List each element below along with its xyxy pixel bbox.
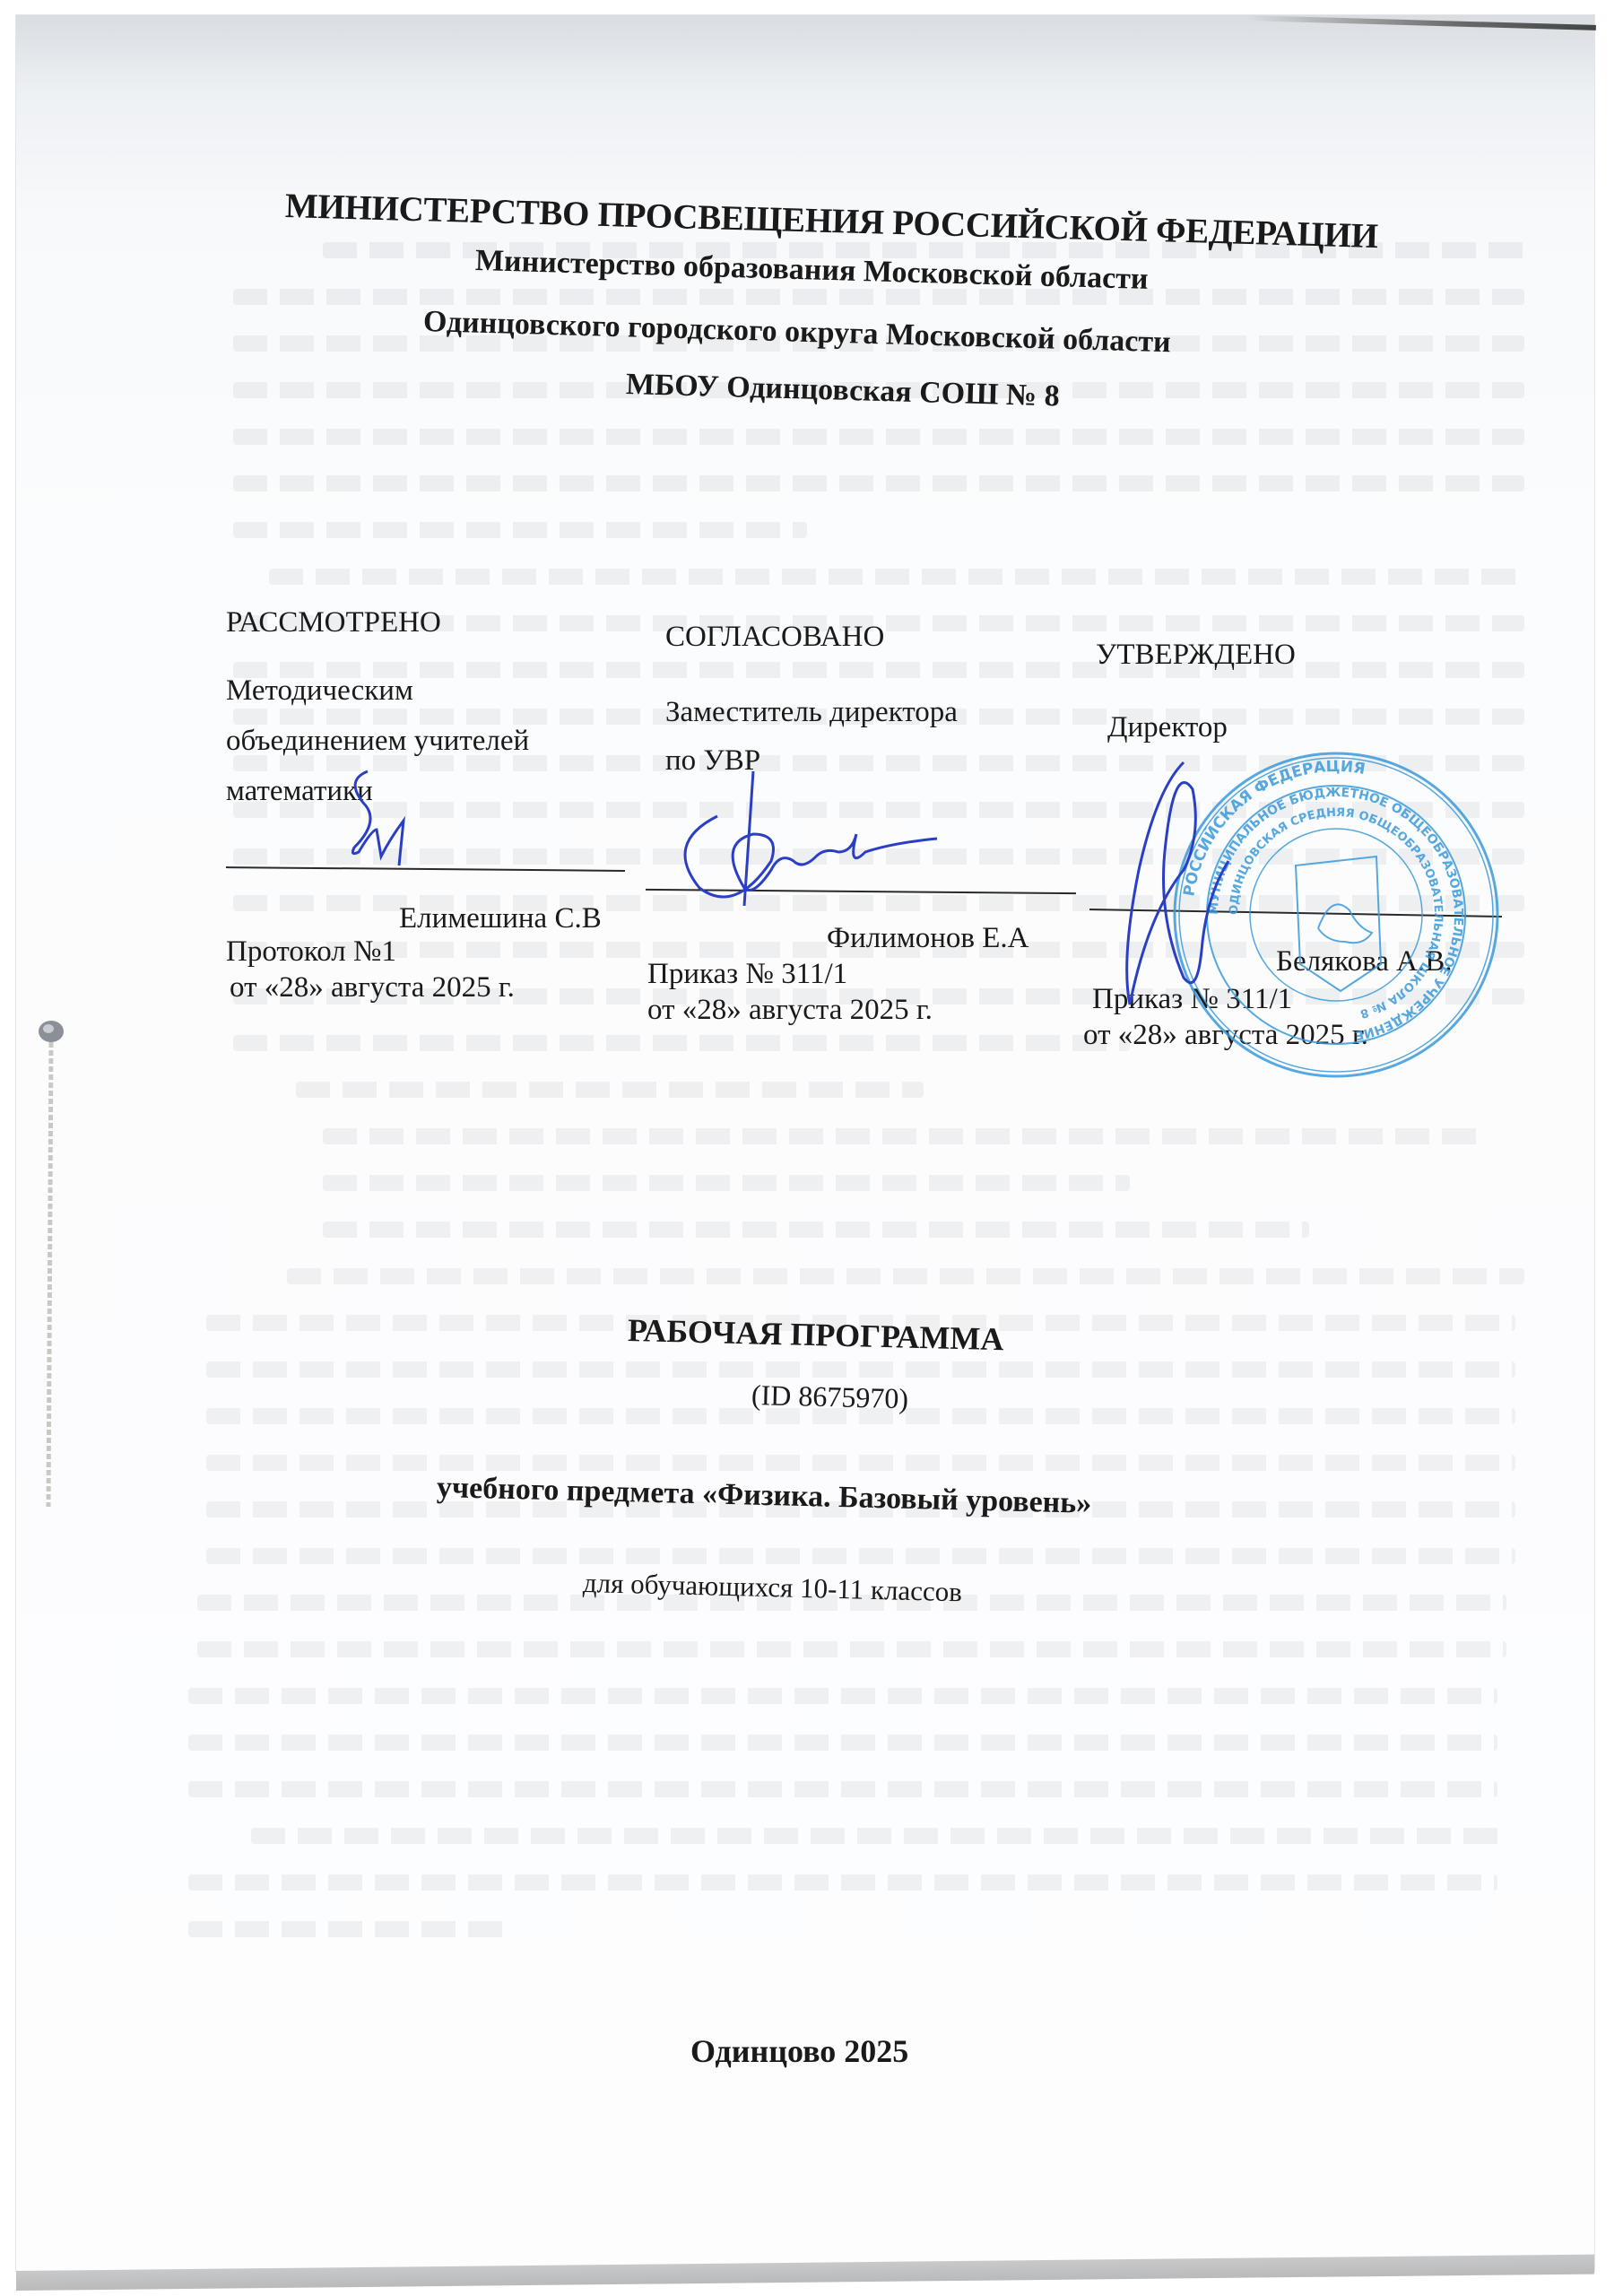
approval-signer: Елимешина С.В <box>399 895 602 942</box>
approval-status: РАССМОТРЕНО <box>226 606 441 639</box>
approval-date: от «28» августа 2025 г. <box>647 987 933 1033</box>
signature-belyakova-icon <box>1058 753 1237 1022</box>
approval-date: от «28» августа 2025 г. <box>230 964 515 1011</box>
approval-status: УТВЕРЖДЕНО <box>1096 639 1296 672</box>
approval-role-line: Заместитель директора <box>665 689 958 735</box>
approval-role-line: Директор <box>1107 704 1228 751</box>
signature-elimeshina-icon <box>332 753 439 879</box>
approval-role-line: Методическим <box>226 667 413 714</box>
approval-status: СОГЛАСОВАНО <box>665 621 884 654</box>
binding-thread-icon <box>38 1004 65 1507</box>
program-id: (ID 8675970) <box>751 1378 909 1415</box>
approval-signer: Филимонов Е.А <box>827 915 1028 961</box>
svg-text:МУНИЦИПАЛЬНОЕ БЮДЖЕТНОЕ ОБЩЕОБ: МУНИЦИПАЛЬНОЕ БЮДЖЕТНОЕ ОБЩЕОБРАЗОВАТЕЛЬ… <box>1207 786 1465 1042</box>
signature-filimonov-icon <box>655 762 950 906</box>
city-year: Одинцово 2025 <box>690 2032 908 2070</box>
